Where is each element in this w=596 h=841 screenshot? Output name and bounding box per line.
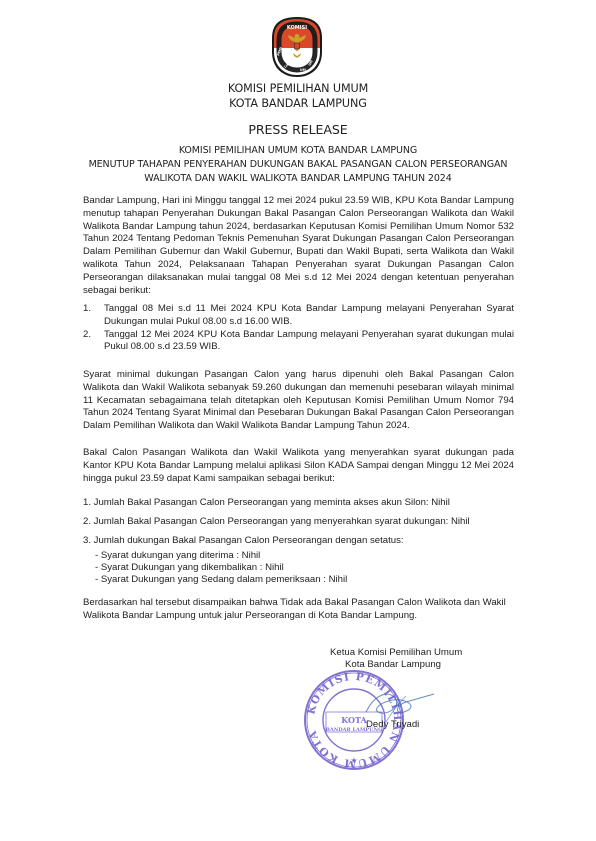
schedule-list: 1. Tanggal 08 Mei s.d 11 Mei 2024 KPU Ko… — [83, 303, 514, 354]
signatory-title: Ketua Komisi Pemilihan Umum — [330, 647, 462, 658]
status-item: - Syarat Dukungan yang dikembalikan : Ni… — [95, 562, 347, 574]
intro-paragraph: Bandar Lampung, Hari ini Minggu tanggal … — [83, 195, 514, 297]
subtitle-line-2: MENUTUP TAHAPAN PENYERAHAN DUKUNGAN BAKA… — [0, 159, 596, 170]
schedule-item-text: Tanggal 08 Mei s.d 11 Mei 2024 KPU Kota … — [104, 303, 514, 327]
subtitle-line-3: WALIKOTA DAN WAKIL WALIKOTA BANDAR LAMPU… — [0, 173, 596, 184]
schedule-item-text: Tanggal 12 Mei 2024 KPU Kota Bandar Lamp… — [104, 329, 514, 353]
result-item: 3. Jumlah dukungan Bakal Pasangan Calon … — [83, 535, 404, 546]
svg-text:UM: UM — [300, 68, 306, 72]
submission-paragraph: Bakal Calon Pasangan Walikota dan Wakil … — [83, 447, 514, 485]
schedule-item-number: 2. — [83, 329, 91, 342]
schedule-item: 2. Tanggal 12 Mei 2024 KPU Kota Bandar L… — [83, 329, 514, 355]
letterhead-org-name: KOMISI PEMILIHAN UMUM — [0, 82, 596, 95]
signatory-name: Dedy Triyadi — [366, 719, 419, 730]
result-item: 1. Jumlah Bakal Pasangan Calon Perseoran… — [83, 497, 450, 508]
svg-text:KOMISI: KOMISI — [287, 25, 307, 31]
svg-text:★: ★ — [350, 756, 357, 765]
status-list: - Syarat dukungan yang diterima : Nihil … — [95, 550, 347, 587]
conclusion-paragraph: Berdasarkan hal tersebut disampaikan bah… — [83, 597, 514, 623]
subtitle-line-1: KOMISI PEMILIHAN UMUM KOTA BANDAR LAMPUN… — [0, 145, 596, 156]
document-title: PRESS RELEASE — [0, 122, 596, 137]
schedule-item: 1. Tanggal 08 Mei s.d 11 Mei 2024 KPU Ko… — [83, 303, 514, 329]
kpu-logo-icon: KOMISI PEMI LIHAN UM UM — [270, 16, 324, 78]
requirement-paragraph: Syarat minimal dukungan Pasangan Calon y… — [83, 369, 514, 433]
signatory-office: Kota Bandar Lampung — [345, 659, 441, 670]
status-item: - Syarat dukungan yang diterima : Nihil — [95, 550, 347, 562]
status-item: - Syarat Dukungan yang Sedang dalam peme… — [95, 574, 347, 586]
letterhead-city: KOTA BANDAR LAMPUNG — [0, 97, 596, 110]
result-item: 2. Jumlah Bakal Pasangan Calon Perseoran… — [83, 516, 470, 527]
schedule-item-number: 1. — [83, 303, 91, 316]
